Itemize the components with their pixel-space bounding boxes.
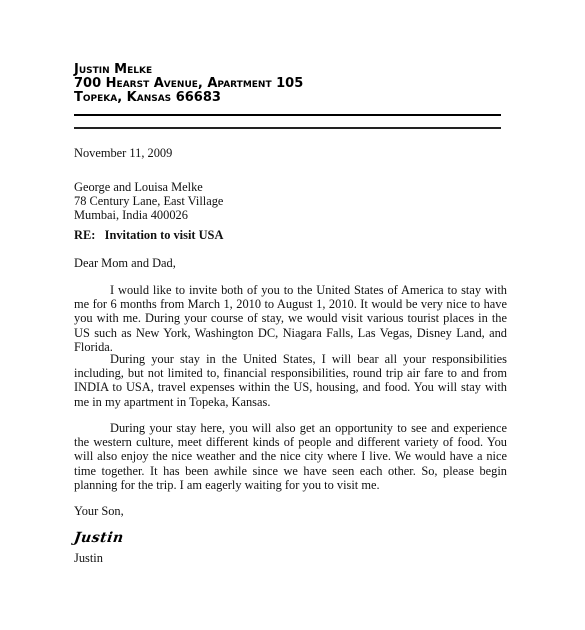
paragraph-3: During your stay here, you will also get…: [74, 421, 507, 492]
subject-text: Invitation to visit USA: [105, 228, 224, 242]
salutation: Dear Mom and Dad,: [74, 256, 507, 270]
letterhead: Justin Melke 700 Hearst Avenue, Apartmen…: [74, 63, 303, 105]
recipient-names: George and Louisa Melke: [74, 180, 507, 194]
paragraph-2-text: During your stay in the United States, I…: [74, 352, 507, 409]
recipient-street: 78 Century Lane, East Village: [74, 194, 507, 208]
closing: Your Son,: [74, 504, 507, 518]
paragraph-1: I would like to invite both of you to th…: [74, 283, 507, 354]
letter-date: November 11, 2009: [74, 146, 507, 160]
handwritten-signature: Justin: [73, 530, 125, 546]
recipient-city: Mumbai, India 400026: [74, 208, 507, 222]
paragraph-1-text: I would like to invite both of you to th…: [74, 283, 507, 354]
subject-line: RE: Invitation to visit USA: [74, 228, 507, 242]
letter-page: Justin Melke 700 Hearst Avenue, Apartmen…: [0, 0, 585, 630]
sender-city: Topeka, Kansas 66683: [74, 91, 303, 105]
subject-label: RE:: [74, 228, 95, 242]
letterhead-divider-bottom: [74, 127, 501, 129]
paragraph-3-text: During your stay here, you will also get…: [74, 421, 507, 492]
signer-name: Justin: [74, 551, 507, 565]
paragraph-2: During your stay in the United States, I…: [74, 352, 507, 409]
letterhead-divider-top: [74, 114, 501, 116]
recipient-address: George and Louisa Melke 78 Century Lane,…: [74, 180, 507, 223]
sender-name: Justin Melke: [74, 63, 303, 77]
sender-street: 700 Hearst Avenue, Apartment 105: [74, 77, 303, 91]
